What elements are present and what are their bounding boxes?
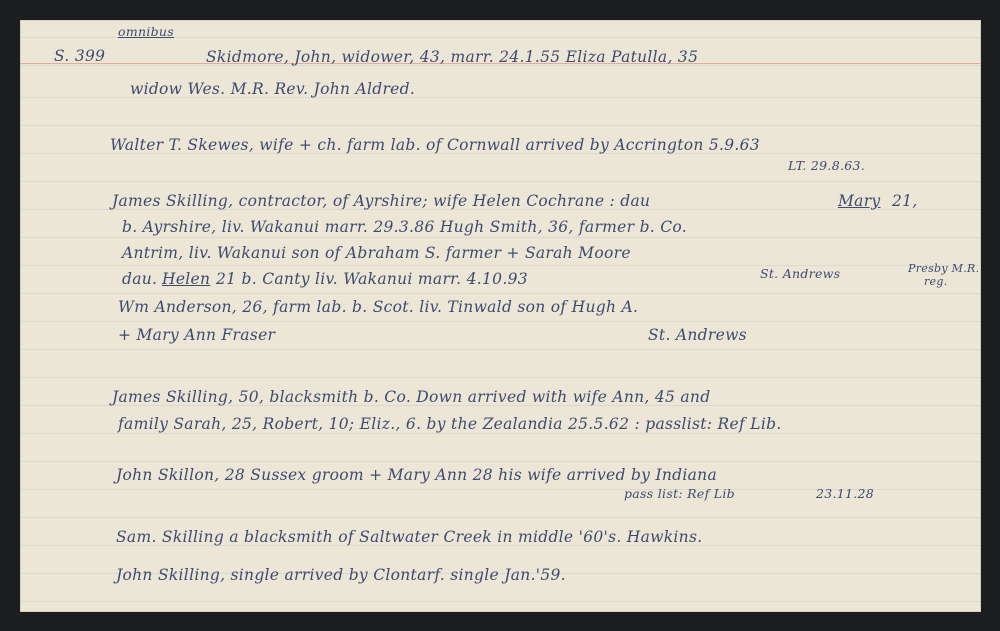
church-reg: reg.: [924, 275, 948, 288]
entry-line: + Mary Ann Fraser: [118, 326, 275, 344]
church-st-andrews-2: St. Andrews: [648, 326, 747, 344]
entry-line: Antrim, liv. Wakanui son of Abraham S. f…: [122, 244, 631, 262]
entry-line: LT. 29.8.63.: [788, 158, 865, 173]
entry-line: dau.: [122, 270, 157, 288]
entry-line: John Skilling, single arrived by Clontar…: [116, 566, 566, 584]
entry-line: widow Wes. M.R. Rev. John Aldred.: [130, 80, 415, 98]
entry-line: James Skilling, 50, blacksmith b. Co. Do…: [112, 388, 710, 406]
entry-line: John Skillon, 28 Sussex groom + Mary Ann…: [116, 466, 717, 484]
name-mary: Mary: [838, 192, 880, 210]
entry-line: 21 b. Canty liv. Wakanui marr. 4.10.93: [216, 270, 528, 288]
entry-line: Sam. Skilling a blacksmith of Saltwater …: [116, 528, 702, 546]
arrival-date: 23.11.28: [816, 486, 874, 501]
entry-line: Walter T. Skewes, wife + ch. farm lab. o…: [110, 136, 760, 154]
entry-line: b. Ayrshire, liv. Wakanui marr. 29.3.86 …: [122, 218, 687, 236]
entry-line: James Skilling, contractor, of Ayrshire;…: [112, 192, 650, 210]
card-reference: S. 399: [54, 47, 105, 65]
entry-line: Wm Anderson, 26, farm lab. b. Scot. liv.…: [118, 298, 638, 316]
entry-line: Skidmore, John, widower, 43, marr. 24.1.…: [206, 48, 698, 66]
church-st-andrews: St. Andrews: [760, 266, 840, 281]
entry-line: 21,: [892, 192, 918, 210]
church-presby: Presby M.R.: [908, 262, 979, 275]
pass-list-note: pass list: Ref Lib: [624, 486, 735, 501]
entry-line: family Sarah, 25, Robert, 10; Eliz., 6. …: [118, 415, 782, 433]
index-card: S. 399 omnibus Skidmore, John, widower, …: [20, 20, 981, 612]
name-helen: Helen: [162, 270, 210, 288]
annotation-omnibus: omnibus: [118, 24, 174, 39]
